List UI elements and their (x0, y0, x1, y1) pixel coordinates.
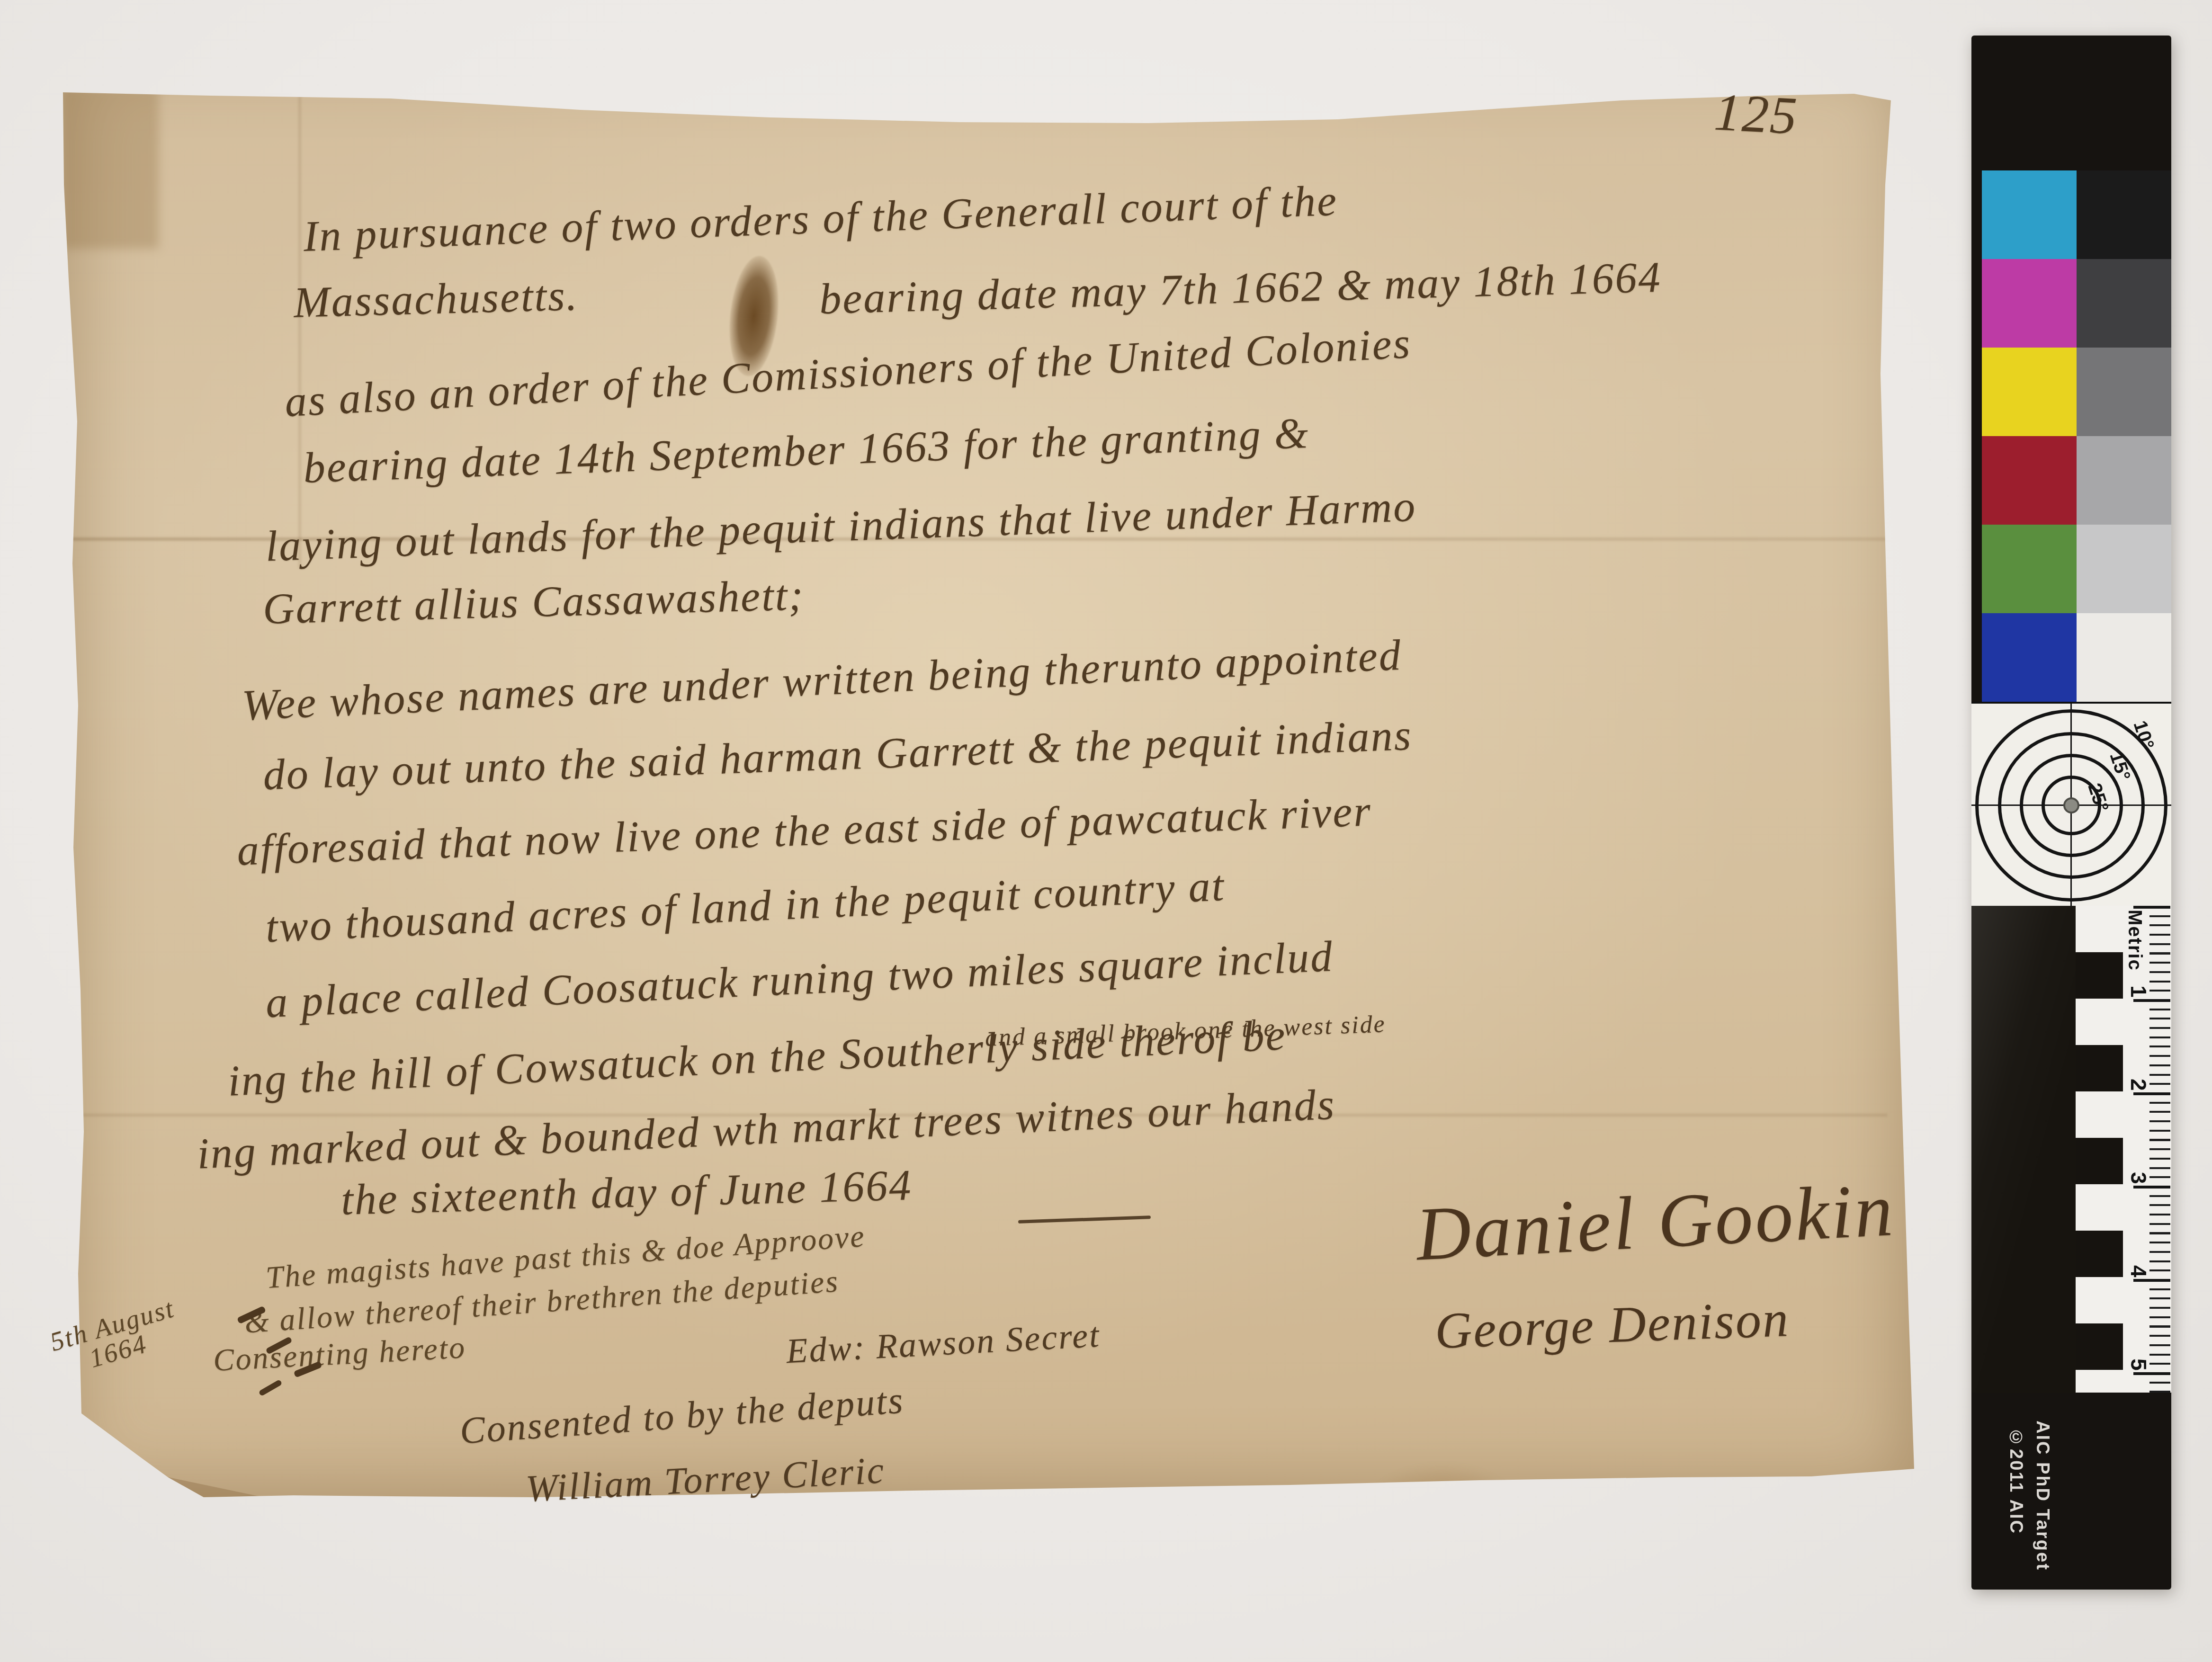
manuscript-line: Garrett allius Cassawashett; (262, 573, 805, 631)
ruler-checkerboard (2076, 906, 2123, 1393)
patch-gray-25 (2077, 436, 2171, 525)
secretary-signature: Edw: Rawson Secret (786, 1318, 1102, 1369)
patch-gray-50 (2077, 348, 2171, 436)
ruler-number-3: 3 (2126, 1172, 2151, 1184)
patch-gray-10 (2077, 525, 2171, 613)
ruler-system-label: Metric (2124, 910, 2145, 971)
ruler-black-panel (1971, 906, 2076, 1393)
patch-cyan (1982, 170, 2077, 259)
bullseye-center-pin (2063, 797, 2079, 813)
target-copyright-text: ©2011 AIC (2006, 1428, 2026, 1535)
manuscript-line: a place called Coosatuck runing two mile… (265, 934, 1334, 1024)
signature-george-denison: George Denison (1434, 1294, 1790, 1357)
color-calibration-target: 10° 15° 25° Metric 1 2 3 4 5 AIC PhD Tar… (1971, 36, 2171, 1590)
manuscript-line: In pursuance of two orders of the Genera… (303, 179, 1338, 258)
patch-black (2077, 170, 2171, 259)
manuscript-line: Massachusetts. (293, 273, 579, 324)
clerk-signature: William Torrey Cleric (525, 1451, 886, 1508)
ink-dash (258, 1379, 282, 1396)
patch-blue (1982, 613, 2077, 702)
patch-white (2077, 613, 2171, 702)
page-number: 125 (1713, 85, 1800, 143)
ruler-centimeter-ticks (2133, 906, 2170, 1393)
flourish-underline (1018, 1215, 1151, 1224)
manuscript-line: afforesaid that now live one the east si… (236, 789, 1372, 872)
manuscript-line: bearing date 14th September 1663 for the… (303, 411, 1310, 490)
manuscript-line: do lay out unto the said harman Garrett … (262, 713, 1413, 797)
ruler-number-4: 4 (2126, 1265, 2151, 1278)
ruler-number-1: 1 (2126, 985, 2151, 998)
patch-magenta (1982, 259, 2077, 348)
manuscript-line: the sixteenth day of June 1664 (340, 1163, 913, 1222)
patch-gray-75 (2077, 259, 2171, 348)
manuscript-line: Wee whose names are under written being … (241, 633, 1403, 727)
manuscript-line: laying out lands for the pequit indians … (265, 484, 1417, 568)
target-brand-text: AIC PhD Target (2032, 1421, 2052, 1571)
patch-red (1982, 436, 2077, 525)
manuscript-line: as also an order of the Comissioners of … (284, 321, 1412, 424)
manuscript-line: two thousand acres of land in the pequit… (265, 864, 1226, 949)
signature-daniel-gookin: Daniel Gookin (1415, 1171, 1897, 1272)
manuscript-line: bearing date may 7th 1662 & may 18th 166… (819, 255, 1662, 321)
ruler-scale-strip: Metric 1 2 3 4 5 (2076, 906, 2171, 1393)
deputies-consent-line: Consented to by the deputs (458, 1381, 905, 1450)
ruler-number-5: 5 (2126, 1358, 2151, 1371)
patch-yellow (1982, 348, 2077, 436)
bullseye-target: 10° 15° 25° (1971, 702, 2171, 910)
margin-date-note: 5th August 1664 (47, 1295, 185, 1381)
handwriting-layer: 125 In pursuance of two orders of the Ge… (0, 0, 2212, 1662)
ruler-number-2: 2 (2126, 1079, 2151, 1091)
photo-backdrop: 125 In pursuance of two orders of the Ge… (0, 0, 2212, 1662)
metric-ruler: Metric 1 2 3 4 5 (1971, 906, 2171, 1393)
patch-green (1982, 525, 2077, 613)
